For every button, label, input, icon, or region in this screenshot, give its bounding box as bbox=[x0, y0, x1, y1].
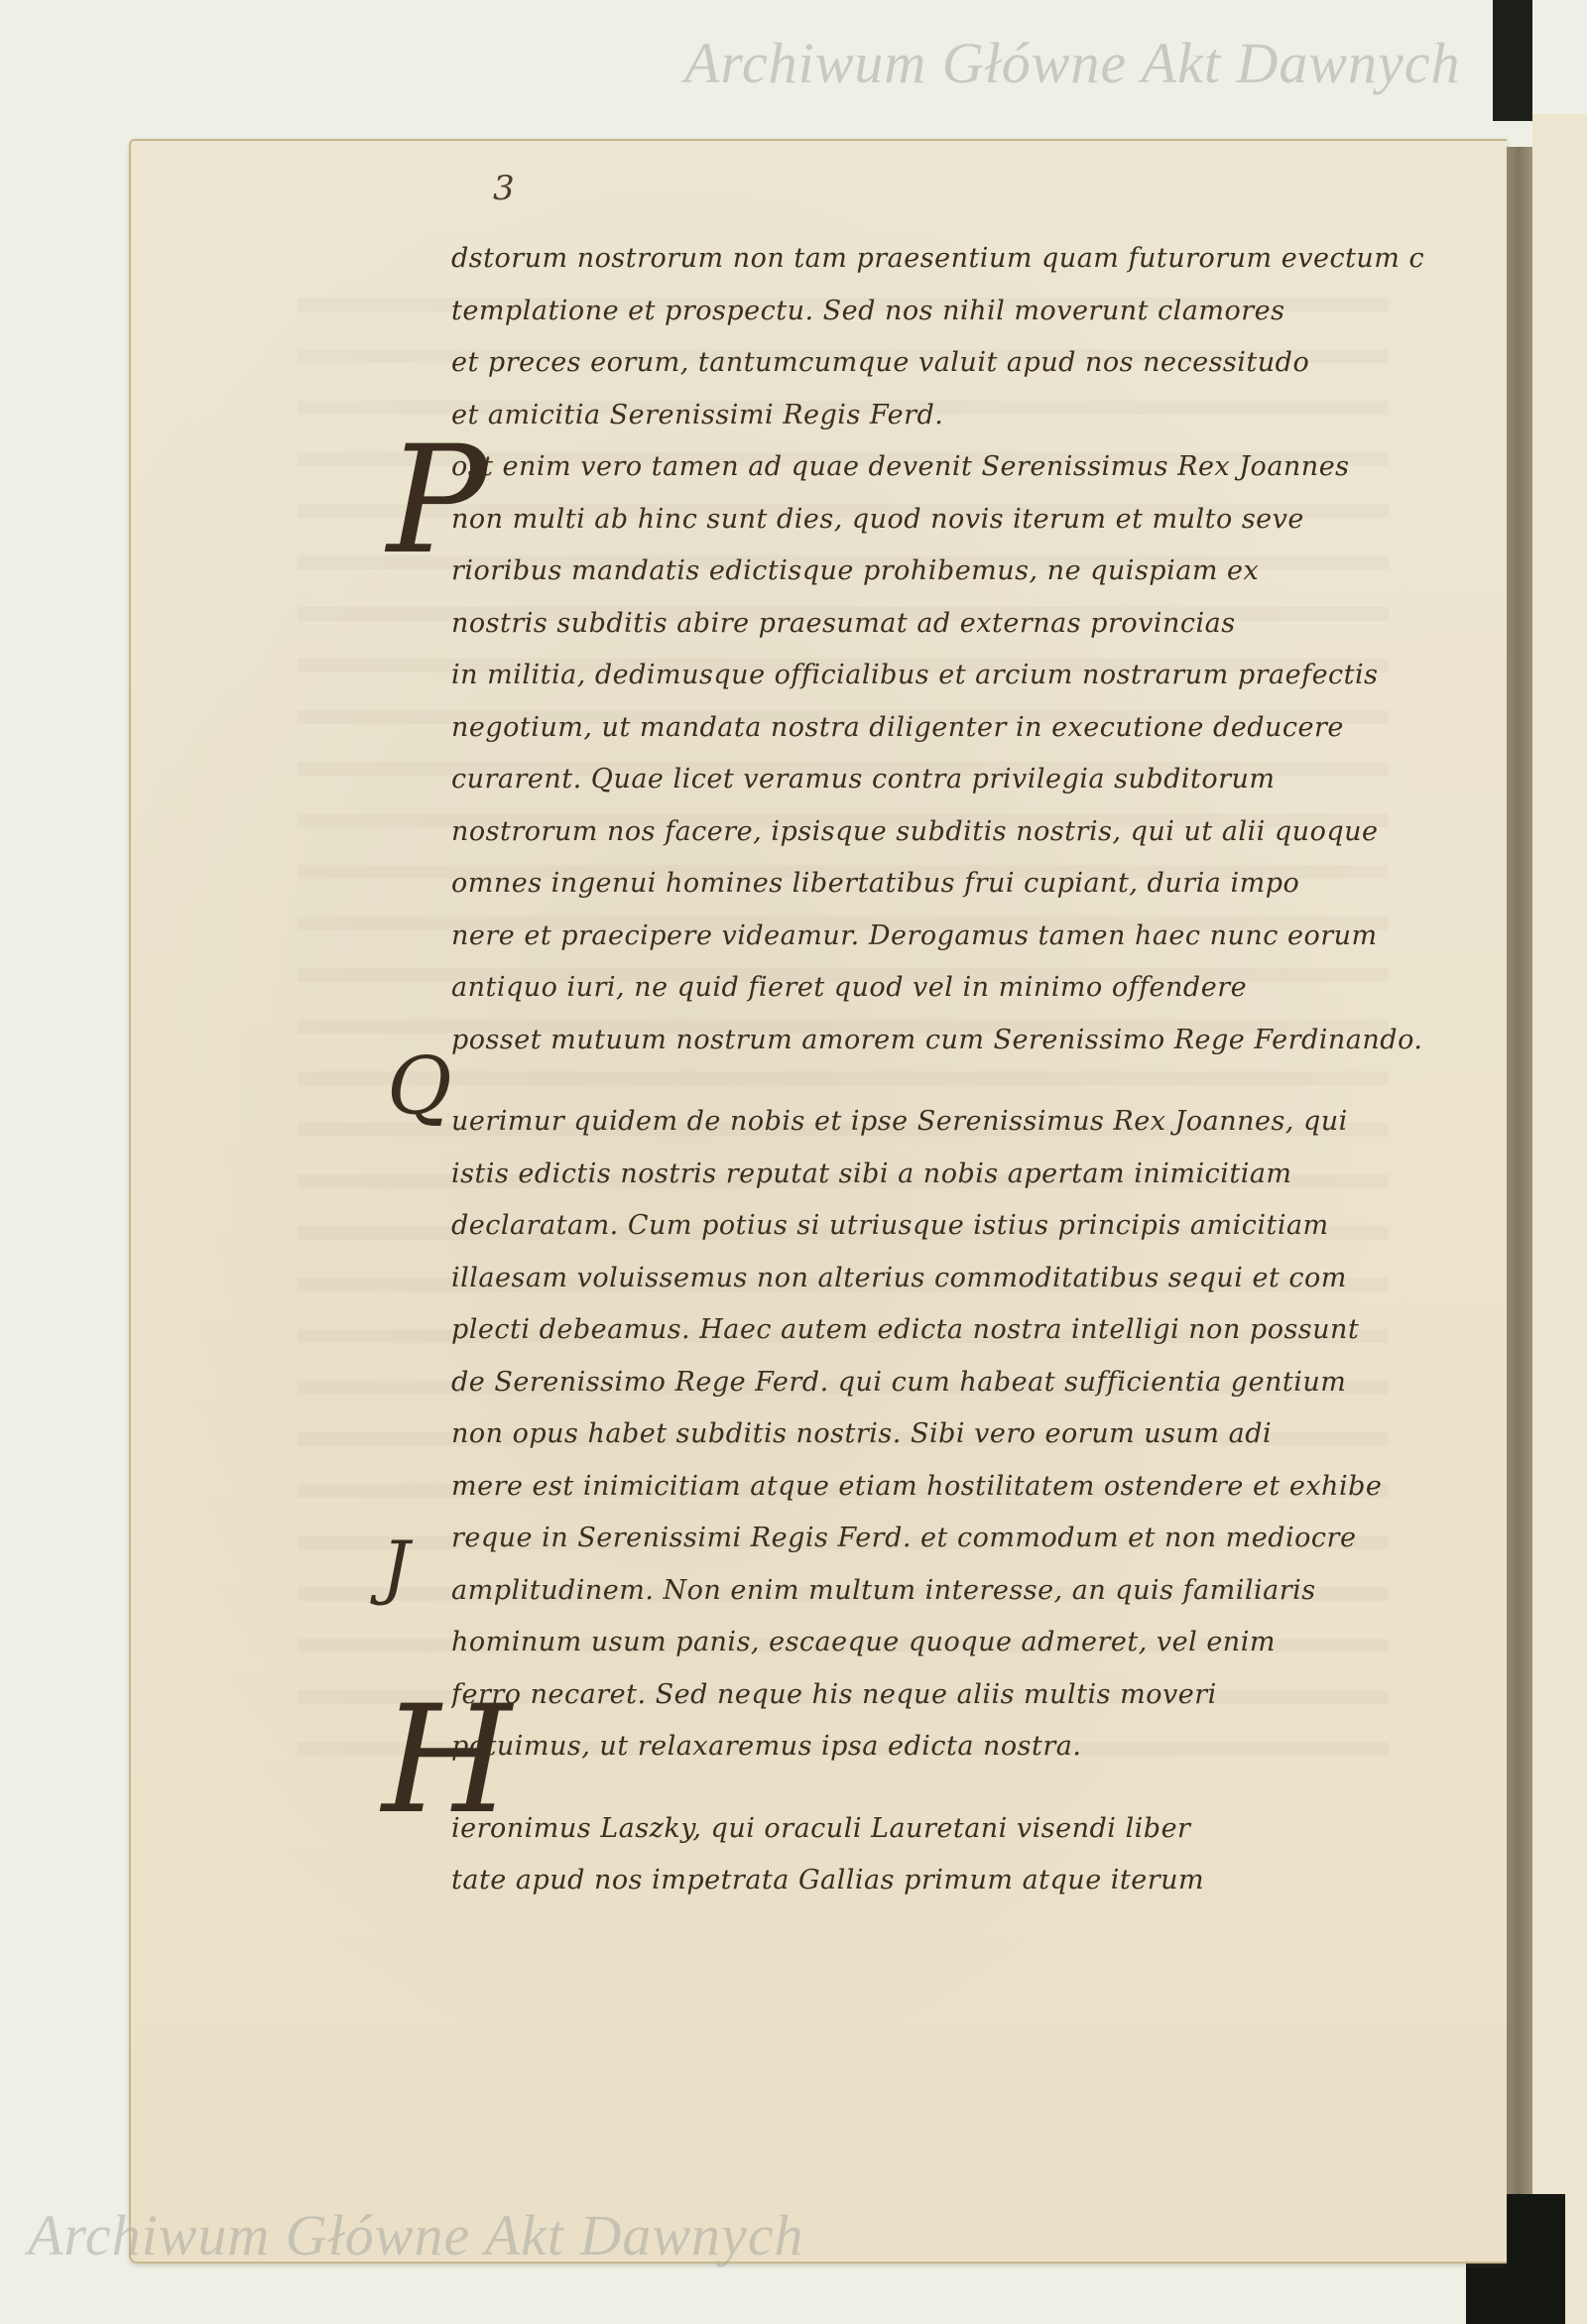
adjacent-page-edge bbox=[1532, 114, 1587, 2324]
text-line: de Serenissimo Rege Ferd. qui cum habeat… bbox=[451, 1357, 1423, 1409]
text-line: rioribus mandatis edictisque prohibemus,… bbox=[451, 546, 1423, 598]
text-line: hominum usum panis, escaeque quoque adme… bbox=[451, 1617, 1423, 1669]
paragraph-4: ieronimus Laszky, qui oraculi Lauretani … bbox=[451, 1803, 1423, 1907]
text-line: in militia, dedimusque officialibus et a… bbox=[451, 650, 1423, 702]
text-line: istis edictis nostris reputat sibi a nob… bbox=[451, 1149, 1423, 1201]
text-line: reque in Serenissimi Regis Ferd. et comm… bbox=[451, 1513, 1423, 1565]
text-line: negotium, ut mandata nostra diligenter i… bbox=[451, 702, 1423, 755]
text-line: uerimur quidem de nobis et ipse Sereniss… bbox=[451, 1096, 1423, 1149]
initial-letter-margin: J bbox=[382, 1532, 410, 1602]
text-line: antiquo iuri, ne quid fieret quod vel in… bbox=[451, 962, 1423, 1015]
text-line: nostris subditis abire praesumat ad exte… bbox=[451, 598, 1423, 651]
text-line: et preces eorum, tantumcumque valuit apu… bbox=[451, 337, 1423, 390]
text-line: non opus habet subditis nostris. Sibi ve… bbox=[451, 1408, 1423, 1461]
text-line: declaratam. Cum potius si utriusque isti… bbox=[451, 1200, 1423, 1253]
text-line: non multi ab hinc sunt dies, quod novis … bbox=[451, 494, 1423, 547]
text-line: illaesam voluissemus non alterius commod… bbox=[451, 1253, 1423, 1305]
text-line: nostrorum nos facere, ipsisque subditis … bbox=[451, 806, 1423, 859]
initial-letter-q: Q bbox=[387, 1046, 452, 1126]
text-line: omnes ingenui homines libertatibus frui … bbox=[451, 858, 1423, 911]
paragraph-1: dstorum nostrorum non tam praesentium qu… bbox=[451, 233, 1423, 441]
paragraph-2: ost enim vero tamen ad quae devenit Sere… bbox=[451, 441, 1423, 1066]
binding-tab-top bbox=[1493, 0, 1532, 121]
archive-watermark-top: Archiwum Główne Akt Dawnych bbox=[684, 30, 1461, 96]
text-line: ferro necaret. Sed neque his neque aliis… bbox=[451, 1669, 1423, 1722]
text-line: curarent. Quae licet veramus contra priv… bbox=[451, 754, 1423, 806]
paragraph-3: uerimur quidem de nobis et ipse Sereniss… bbox=[451, 1096, 1423, 1774]
archive-watermark-bottom: Archiwum Główne Akt Dawnych bbox=[28, 2202, 804, 2268]
text-line: plecti debeamus. Haec autem edicta nostr… bbox=[451, 1304, 1423, 1357]
text-line: amplitudinem. Non enim multum interesse,… bbox=[451, 1565, 1423, 1618]
text-line: templatione et prospectu. Sed nos nihil … bbox=[451, 286, 1423, 338]
folio-mark: 3 bbox=[493, 169, 515, 208]
text-line: posset mutuum nostrum amorem cum Serenis… bbox=[451, 1015, 1423, 1067]
text-line: et amicitia Serenissimi Regis Ferd. bbox=[451, 390, 1423, 442]
manuscript-text: dstorum nostrorum non tam praesentium qu… bbox=[451, 233, 1423, 1907]
text-line: tate apud nos impetrata Gallias primum a… bbox=[451, 1855, 1423, 1907]
text-line: ieronimus Laszky, qui oraculi Lauretani … bbox=[451, 1803, 1423, 1856]
binding-gutter bbox=[1505, 147, 1532, 2309]
text-line: dstorum nostrorum non tam praesentium qu… bbox=[451, 233, 1423, 286]
text-line: mere est inimicitiam atque etiam hostili… bbox=[451, 1461, 1423, 1514]
text-line: nere et praecipere videamur. Derogamus t… bbox=[451, 911, 1423, 963]
text-line: potuimus, ut relaxaremus ipsa edicta nos… bbox=[451, 1721, 1423, 1774]
text-line: ost enim vero tamen ad quae devenit Sere… bbox=[451, 441, 1423, 494]
